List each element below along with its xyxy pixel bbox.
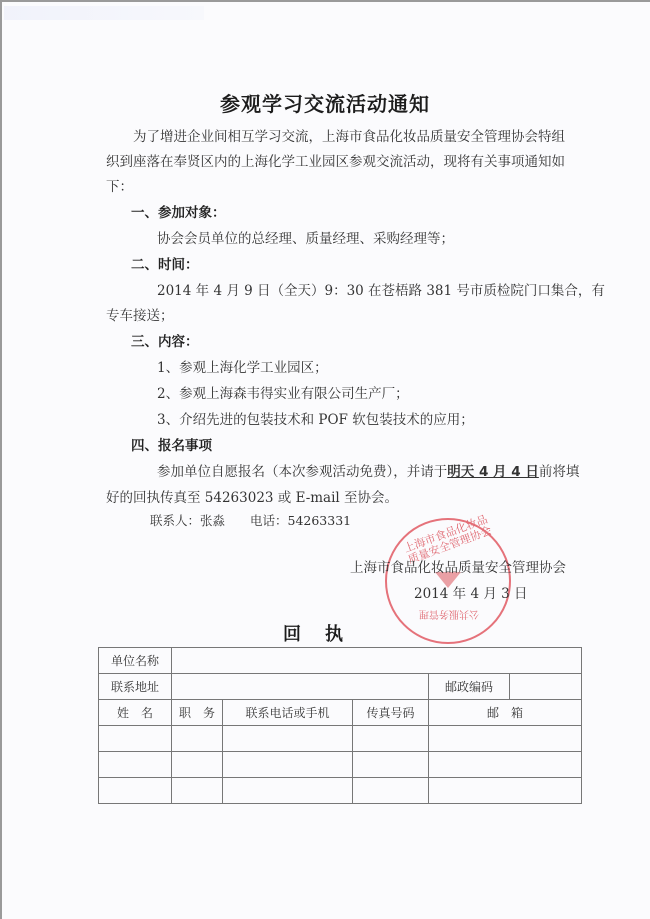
column-header-email: 邮 箱 — [429, 700, 582, 726]
registration-text-end: 前将填 — [539, 464, 580, 480]
phone-cell[interactable] — [223, 726, 353, 752]
email-cell[interactable] — [429, 726, 582, 752]
section-3-item-3: 3、介绍先进的包装技术和 POF 软包装技术的应用； — [157, 408, 474, 428]
address-label: 联系地址 — [99, 674, 172, 700]
section-3-item-2: 2、参观上海森韦得实业有限公司生产厂； — [157, 382, 409, 402]
position-cell[interactable] — [172, 752, 223, 778]
registration-text: 参加单位自愿报名（本次参观活动免费），并请于 — [157, 464, 447, 480]
name-cell[interactable] — [99, 778, 172, 804]
email-cell[interactable] — [429, 778, 582, 804]
section-2-heading: 二、时间： — [131, 253, 199, 273]
column-header-position: 职 务 — [172, 700, 223, 726]
signature-date: 2014 年 4 月 3 日 — [414, 582, 528, 602]
section-3-heading: 三、内容： — [131, 330, 199, 350]
name-cell[interactable] — [99, 726, 172, 752]
fax-cell[interactable] — [353, 778, 429, 804]
deadline-date: 明天 4 月 4 日 — [447, 464, 539, 480]
unit-name-field[interactable] — [172, 648, 582, 674]
unit-name-label: 单位名称 — [99, 648, 172, 674]
section-4-line-2: 好的回执传真至 54263023 或 E-mail 至协会。 — [106, 486, 398, 506]
position-cell[interactable] — [172, 778, 223, 804]
section-1-heading: 一、参加对象： — [131, 201, 226, 221]
table-row — [99, 726, 582, 752]
column-header-name: 姓 名 — [99, 700, 172, 726]
name-cell[interactable] — [99, 752, 172, 778]
section-1-line: 协会会员单位的总经理、质量经理、采购经理等； — [157, 227, 454, 247]
intro-line-2: 织到座落在奉贤区内的上海化学工业园区参观交流活动，现将有关事项通知如 — [106, 150, 565, 170]
scan-artifact — [4, 6, 204, 20]
postcode-label: 邮政编码 — [429, 674, 510, 700]
intro-line-3: 下： — [106, 175, 133, 195]
table-row — [99, 752, 582, 778]
fax-cell[interactable] — [353, 752, 429, 778]
postcode-field[interactable] — [510, 674, 582, 700]
section-2-line-1: 2014 年 4 月 9 日（全天）9：30 在苍梧路 381 号市质检院门口集… — [157, 279, 605, 299]
receipt-form-table: 单位名称 联系地址 邮政编码 姓 名 职 务 联系电话或手机 传真号码 邮 箱 — [98, 647, 582, 804]
signature-organization: 上海市食品化妆品质量安全管理协会 — [350, 556, 566, 576]
phone-cell[interactable] — [223, 778, 353, 804]
column-header-fax: 传真号码 — [353, 700, 429, 726]
contact-info: 联系人：张淼 电话：54263331 — [150, 511, 351, 529]
column-header-phone: 联系电话或手机 — [223, 700, 353, 726]
section-3-item-1: 1、参观上海化学工业园区； — [157, 356, 328, 376]
section-2-line-2: 专车接送； — [106, 304, 174, 324]
intro-line-1: 为了增进企业间相互学习交流，上海市食品化妆品质量安全管理协会特组 — [133, 125, 565, 145]
table-row — [99, 778, 582, 804]
notice-title: 参观学习交流活动通知 — [0, 88, 650, 117]
phone-cell[interactable] — [223, 752, 353, 778]
section-4-line-1: 参加单位自愿报名（本次参观活动免费），并请于明天 4 月 4 日前将填 — [157, 460, 579, 480]
fax-cell[interactable] — [353, 726, 429, 752]
email-cell[interactable] — [429, 752, 582, 778]
receipt-title: 回执 — [0, 620, 650, 646]
position-cell[interactable] — [172, 726, 223, 752]
section-4-heading: 四、报名事项 — [131, 434, 212, 454]
address-field[interactable] — [172, 674, 429, 700]
